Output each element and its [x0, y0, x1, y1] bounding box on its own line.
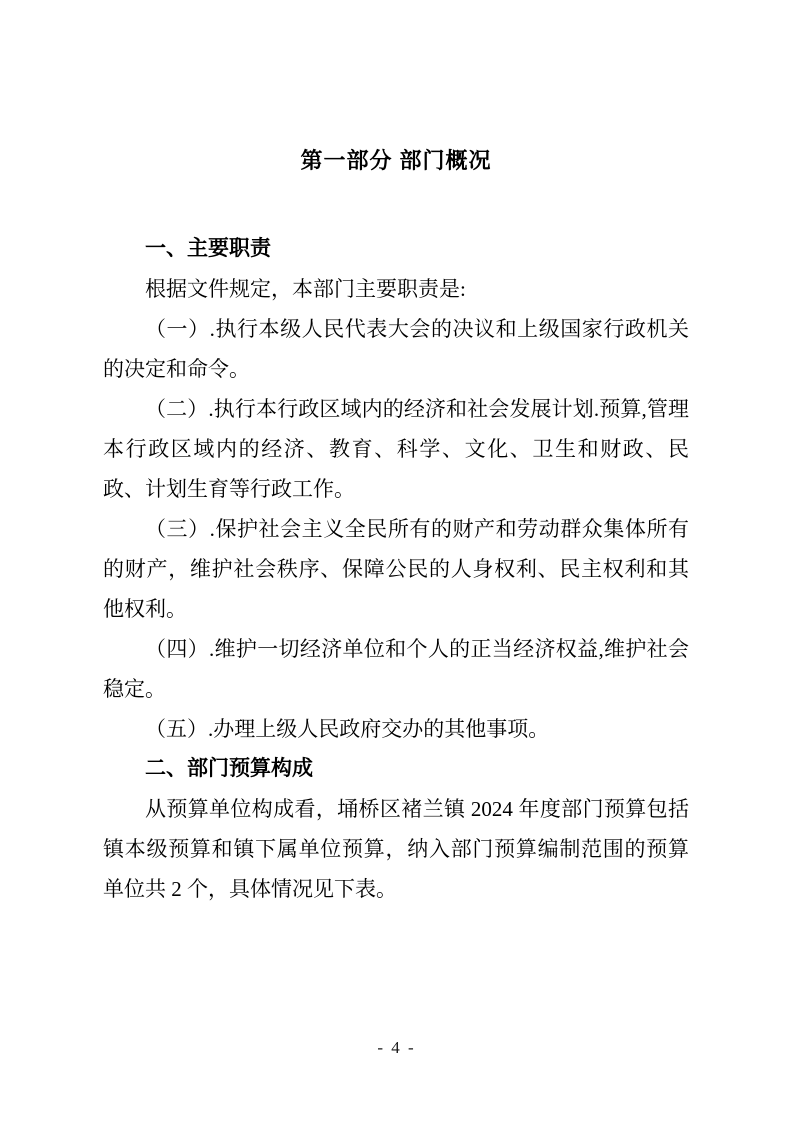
- paragraph-duty-item-5: （五）.办理上级人民政府交办的其他事项。: [103, 709, 689, 749]
- paragraph-duties-intro: 根据文件规定，本部门主要职责是:: [103, 269, 689, 309]
- page-number: - 4 -: [0, 1038, 793, 1058]
- document-title: 第一部分 部门概况: [103, 146, 689, 176]
- section-heading-main-duties: 一、主要职责: [103, 229, 689, 269]
- paragraph-duty-item-3: （三）.保护社会主义全民所有的财产和劳动群众集体所有的财产，维护社会秩序、保障公…: [103, 509, 689, 629]
- document-page: 第一部分 部门概况 一、主要职责 根据文件规定，本部门主要职责是: （一）.执行…: [0, 0, 793, 1122]
- section-heading-budget-composition: 二、部门预算构成: [103, 749, 689, 789]
- paragraph-duty-item-2: （二）.执行本行政区域内的经济和社会发展计划.预算,管理本行政区域内的经济、教育…: [103, 389, 689, 509]
- paragraph-budget-composition: 从预算单位构成看，埇桥区褚兰镇 2024 年度部门预算包括镇本级预算和镇下属单位…: [103, 789, 689, 909]
- paragraph-duty-item-4: （四）.维护一切经济单位和个人的正当经济权益,维护社会稳定。: [103, 629, 689, 709]
- document-body: 一、主要职责 根据文件规定，本部门主要职责是: （一）.执行本级人民代表大会的决…: [103, 229, 689, 909]
- paragraph-duty-item-1: （一）.执行本级人民代表大会的决议和上级国家行政机关的决定和命令。: [103, 309, 689, 389]
